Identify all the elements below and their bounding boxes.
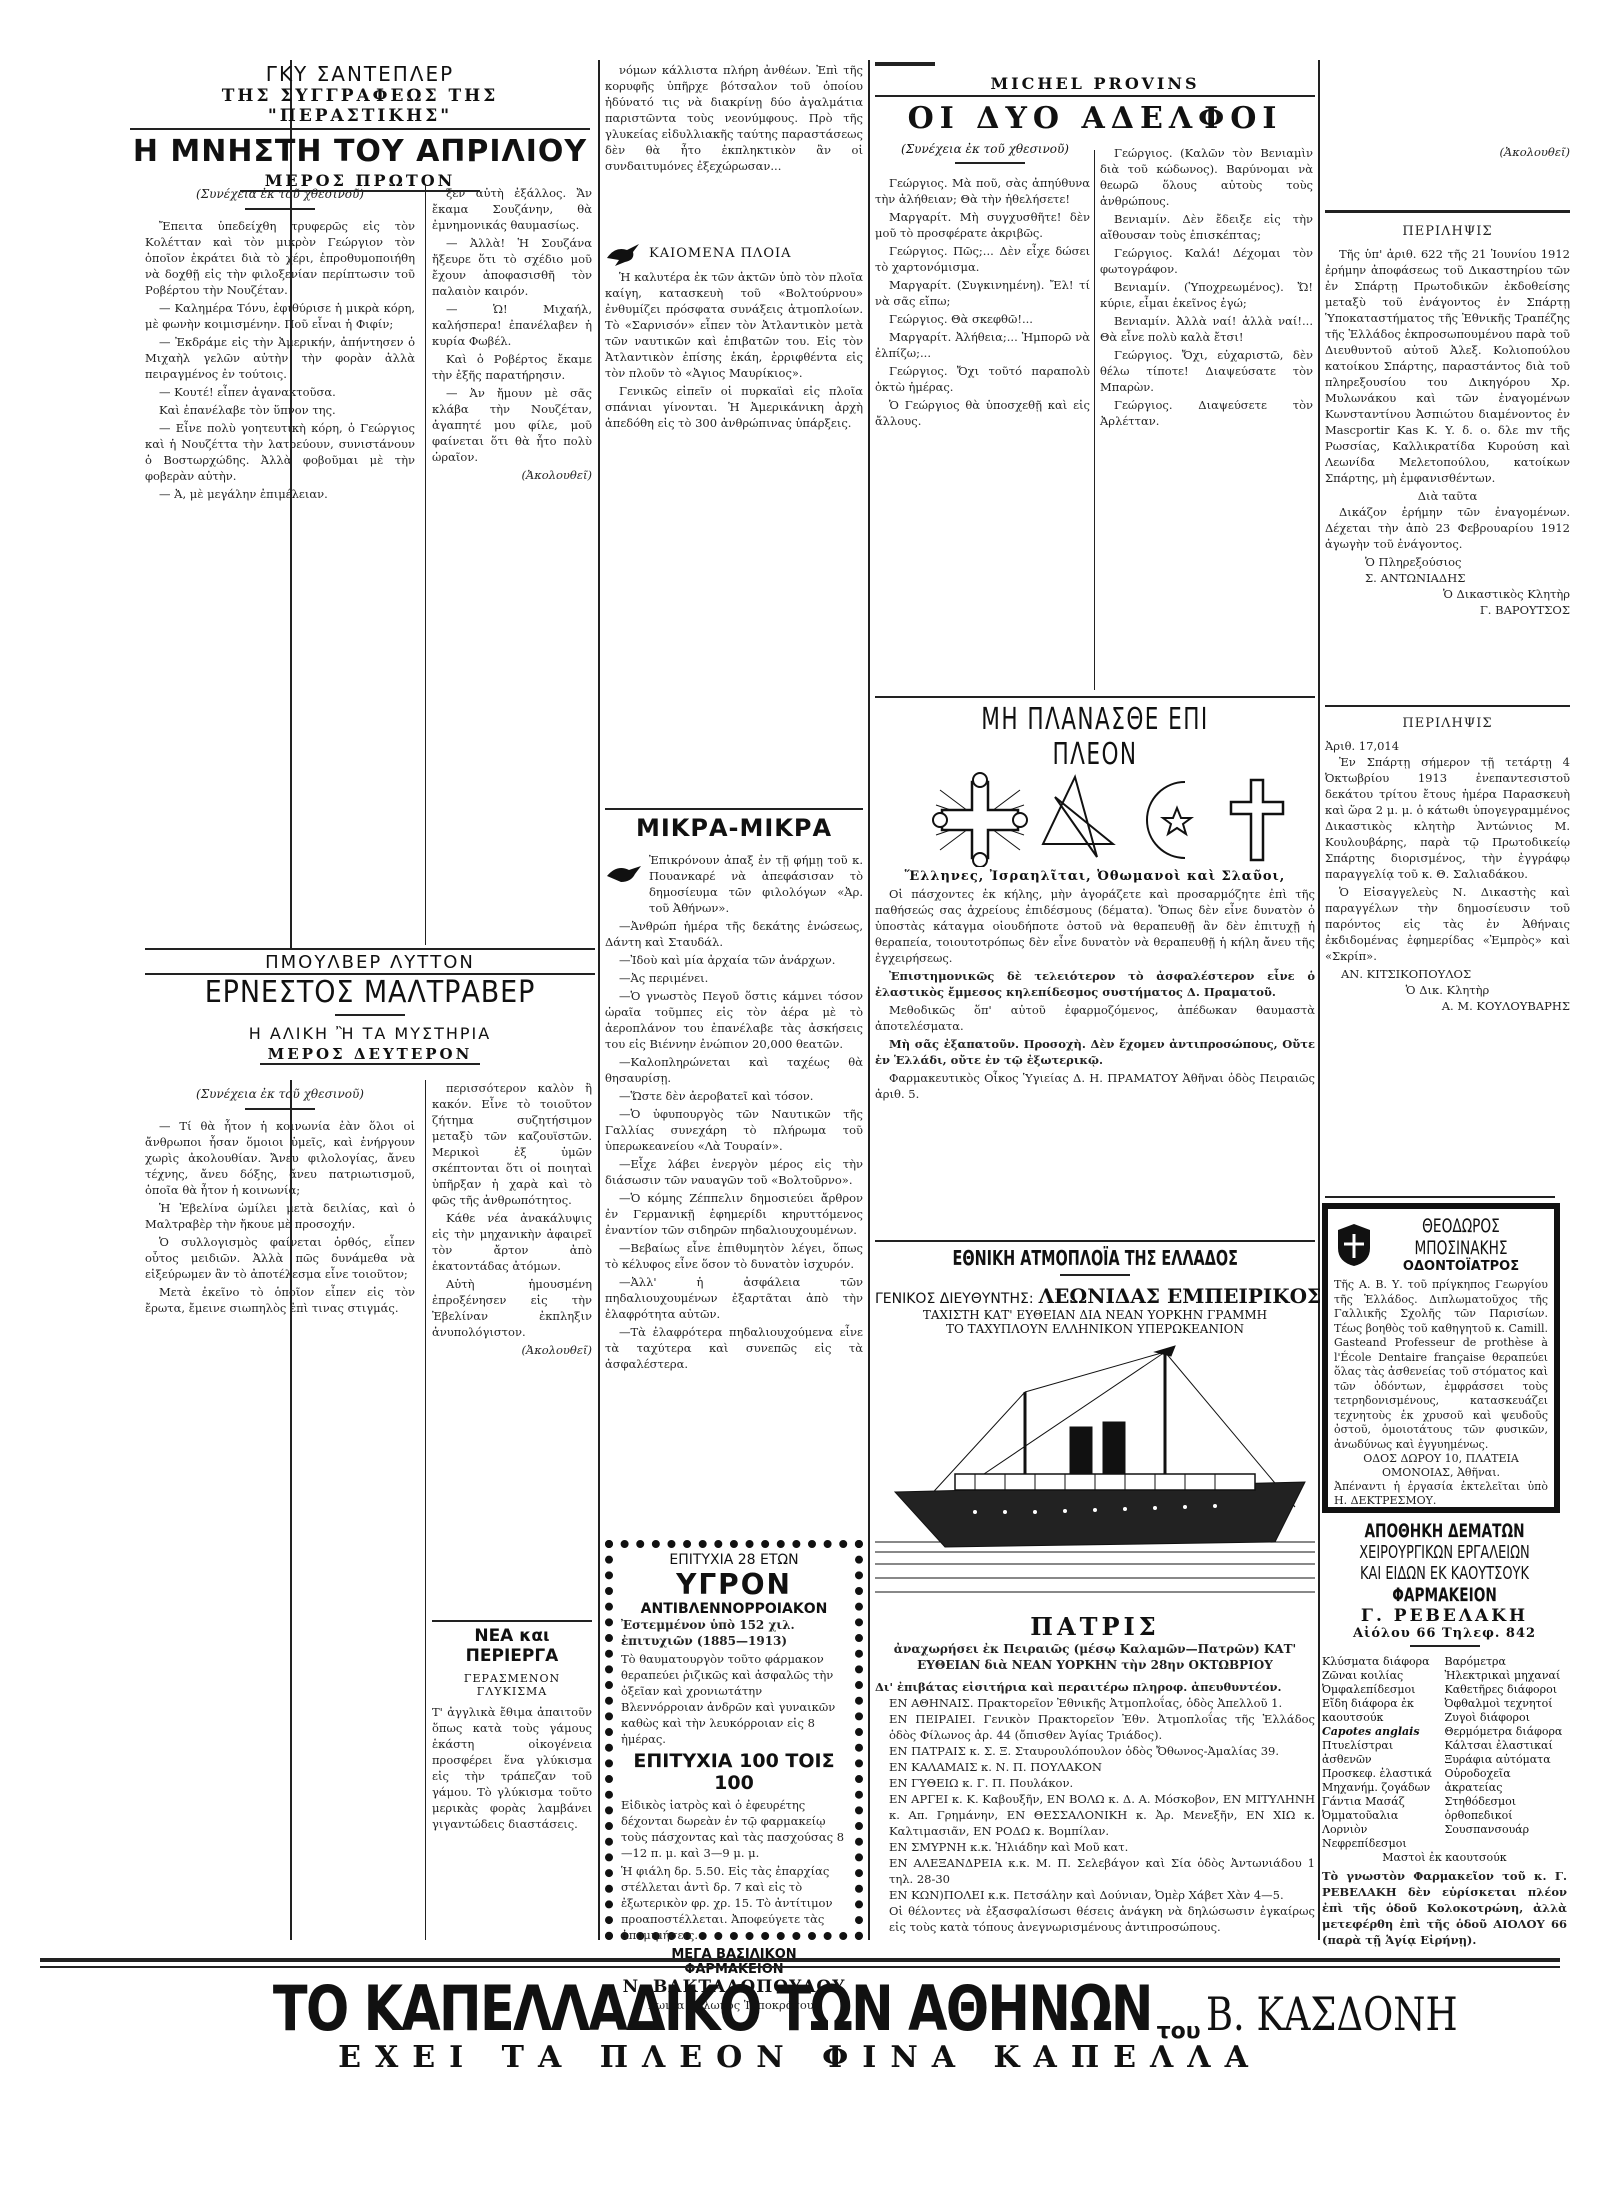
pharmacy-line3: ΚΑΙ ΕΙΔΩΝ ΕΚ ΚΑΟΥΤΣΟΥΚ [1356, 1563, 1532, 1584]
paragraph: — Καλημέρα Τόνυ, ἐφιθύρισε ἡ μικρὰ κόρη,… [145, 300, 415, 332]
list-item: —Ἀς περιμένει. [605, 970, 863, 986]
list-item: —Ὁ γνωστὸς Πεγοῦ ὅστις κάμνει τόσον ὡραῖ… [605, 988, 863, 1052]
dentist-note: Ἀπέναντι ἡ ἐργασία ἐκτελεῖται ὑπὸ Η. ΔΕΚ… [1334, 1480, 1548, 1508]
hygron-name: ΥΓΡΟΝ [621, 1568, 847, 1601]
footer-banner-main: ΤΟ ΚΑΠΕΛΛΑΔΙΚΟ ΤΩΝ ΑΘΗΝΩΝ [273, 1972, 1152, 2045]
item: Γάντια Μασάζ [1322, 1795, 1445, 1809]
footer-rule [40, 1958, 1560, 1962]
list-item: —Ἀνθρώπ ἡμέρα τῆς δεκάτης ἑνώσεως, Δάντη… [605, 918, 863, 950]
paragraph: Ἡ καλυτέρα ἐκ τῶν ἀκτῶν ὑπὸ τὸν πλοῖα κα… [605, 269, 863, 381]
item: Ζῶναι κοιλίας [1322, 1669, 1445, 1683]
serial-2-column-2: περισσότερον καλὸν ἢ κακόν. Εἶνε τὸ τοιο… [432, 1080, 592, 1358]
ship-ad-director-label: ΓΕΝΙΚΟΣ ΔΙΕΥΘΥΝΤΗΣ: [875, 1291, 1034, 1307]
section-divider [1325, 210, 1570, 213]
perilipsis-2: ΠΕΡΙΛΗΨΙΣ Ἀριθ. 17,014 Ἐν Σπάρτῃ σήμερον… [1325, 710, 1570, 1014]
item: Κλύσματα διάφορα [1322, 1655, 1445, 1669]
pharmacy-items-bottom: Μαστοὶ ἐκ καουτσούκ [1322, 1851, 1567, 1864]
religions-ad-title: ΜΗ ΠΛΑΝΑΣΘΕ ΕΠΙ ΠΛΕΟΝ [937, 702, 1254, 772]
nea-perierga-text: Τ' ἀγγλικὰ ἔθιμα ἀπαιτοῦν ὅπως κατὰ τοὺς… [432, 1704, 592, 1832]
section-divider [875, 696, 1315, 698]
pharmacy-line1: ΑΠΟΘΗΚΗ ΔΕΜΑΤΩΝ [1356, 1520, 1532, 1542]
list-item: —Ὥστε δὲν ἀεροβατεῖ καὶ τόσον. [605, 1088, 863, 1104]
dialogue-line: Μαργαρίτ. Ἀλήθεια;... Ἡμπορῶ νὰ ἐλπίζω;.… [875, 329, 1090, 361]
paragraph: νόμων κάλλιστα πλήρη ἀνθέων. Ἐπὶ τῆς κορ… [605, 62, 863, 174]
item: Νεφρεπίδεσμοι [1322, 1837, 1445, 1851]
agent-item: ΕΝ ΑΡΓΕΙ κ. Κ. Καβουξῆν, ΕΝ ΒΟΛΩ κ. Δ. Α… [875, 1791, 1315, 1839]
perilipsis-2-ref: Ἀριθ. 17,014 [1325, 738, 1570, 754]
agent-item: ΕΝ ΚΩΝ)ΠΟΛΕΙ κ.κ. Πετσάλην καὶ Δούνιαν, … [875, 1887, 1315, 1903]
ship-ad-director: ΛΕΩΝΙΔΑΣ ΕΜΠΕΙΡΙΚΟΣ [1039, 1284, 1322, 1308]
short-divider [245, 208, 315, 210]
short-divider [955, 162, 1025, 164]
serial-2-author: ΠΜΟΥΛΒΕΡ ΛΥΤΤΟΝ [145, 952, 595, 975]
serial-1-title: Η ΜΝΗΣΤΗ ΤΟΥ ΑΠΡΙΛΙΟΥ [130, 134, 590, 169]
item: Μηχανήμ. ζογάδων [1322, 1781, 1445, 1795]
column-3-top: νόμων κάλλιστα πλήρη ἀνθέων. Ἐπὶ τῆς κορ… [605, 62, 863, 176]
section-divider [1325, 705, 1570, 707]
list-item: —Καλοπληρώνεται καὶ ταχέως θὰ θησαυρίσῃ. [605, 1054, 863, 1086]
section-divider [875, 62, 935, 66]
pharmacy-items: Κλύσματα διάφορα Ζῶναι κοιλίας Ὀμφαλεπίδ… [1322, 1655, 1567, 1851]
dentist-header: ΘΕΟΔΩΡΟΣ ΜΠΟΣΙΝΑΚΗΣ ΟΔΟΝΤΟΪΑΤΡΟΣ [1334, 1215, 1548, 1274]
agent-item: ΕΝ ΠΕΙΡΑΙΕΙ. Γενικὸν Πρακτορεῖον Ἐθν. Ἀτ… [875, 1711, 1315, 1743]
hygron-ad-content: ΕΠΙΤΥΧΙΑ 28 ΕΤΩΝ ΥΓΡΟΝ ΑΝΤΙΒΛΕΝΝΟΡΡΟΙΑΚΟ… [613, 1548, 855, 2017]
list-item: —Ὁ κόμης Ζέππελιν δημοσιεύει ἄρθρον ἐν Γ… [605, 1190, 863, 1238]
hygron-body2: Εἰδικὸς ἰατρὸς καὶ ὁ ἐφευρέτης δέχονται … [621, 1797, 847, 1861]
paragraph: Μὴ σᾶς ἐξαπατοῦν. Προσοχὴ. Δὲν ἔχομεν ἀν… [875, 1036, 1315, 1068]
hygron-type: ΑΝΤΙΒΛΕΝΝΟΡΡΟΙΑΚΟΝ [621, 1601, 847, 1617]
religions-ad-title-wrap: ΜΗ ΠΛΑΝΑΣΘΕ ΕΠΙ ΠΛΕΟΝ [875, 702, 1315, 772]
short-divider [335, 1014, 405, 1016]
serial-3-title: ΟΙ ΔΥΟ ΑΔΕΛΦΟΙ [875, 101, 1315, 136]
continuation-note: (Συνέχεια ἐκ τοῦ χθεσινοῦ) [145, 1086, 415, 1102]
item: Capotes anglais [1322, 1725, 1445, 1739]
item: Ξυράφια αὐτόματα [1445, 1753, 1568, 1767]
serial-3-inner-rule [1094, 150, 1095, 690]
item: Θερμόμετρα διάφορα [1445, 1725, 1568, 1739]
short-divider [1060, 1274, 1130, 1276]
paragraph: — Κουτέ! εἶπεν ἀγανακτοῦσα. [145, 384, 415, 400]
serial-2-column-1: (Συνέχεια ἐκ τοῦ χθεσινοῦ) — Τί θὰ ἦτον … [145, 1080, 415, 1318]
serial-2-subtitle: Η ΑΛΙΚΗ Ἢ ΤΑ ΜΥΣΤΗΡΙΑ [145, 1024, 595, 1043]
hygron-success-years: ΕΠΙΤΥΧΙΑ 28 ΕΤΩΝ [621, 1552, 847, 1568]
pharmacy-items-left: Κλύσματα διάφορα Ζῶναι κοιλίας Ὀμφαλεπίδ… [1322, 1655, 1445, 1851]
perilipsis-1-dia: Διὰ ταῦτα [1325, 488, 1570, 504]
list-item: —Ἰδοὺ καὶ μία ἀρχαία τῶν ἀνάρχων. [605, 952, 863, 968]
signer: Ὁ Δικ. Κλητὴρ [1325, 982, 1570, 998]
dialogue-line: Ὁ Γεώργιος θὰ ὑποσχεθῇ καὶ εἰς ἄλλους. [875, 397, 1090, 429]
signer-name: ΑΝ. ΚΙΤΣΙΚΟΠΟΥΛΟΣ [1325, 966, 1570, 982]
paragraph: Ἐν Σπάρτῃ σήμερον τῇ τετάρτῃ 4 Ὀκτωβρίου… [1325, 754, 1570, 882]
dialogue-line: Μαργαρίτ. Μὴ συγχυσθῆτε! δὲν μοῦ τὸ προσ… [875, 209, 1090, 241]
ship-ad-company-wrap: ΕΘΝΙΚΗ ΑΤΜΟΠΛΟΪΑ ΤΗΣ ΕΛΛΑΔΟΣ [875, 1246, 1315, 1270]
serial-2-header: ΠΜΟΥΛΒΕΡ ΛΥΤΤΟΝ ΕΡΝΕΣΤΟΣ ΜΑΛΤΡΑΒΕΡ Η ΑΛΙ… [145, 952, 595, 1065]
serial-1-column-2: ξεν αὐτὴ ἐξάλλος. Ἄν ἔκαμα Σουζάνην, θὰ … [432, 185, 592, 483]
dialogue-line: Γεώργιος. (Καλῶν τὸν Βενιαμὶν διὰ τοῦ κώ… [1100, 145, 1313, 209]
bird-icon [605, 860, 645, 888]
agent-item: ΕΝ ΑΛΕΞΑΝΔΡΕΙΑ κ.κ. Μ. Π. Σελεβάγον καὶ … [875, 1855, 1315, 1887]
paragraph: — Ὡ! Μιχαήλ, καλήσπερα! ἐπανέλαβεν ἡ κυρ… [432, 301, 592, 349]
dialogue-line: Βενιαμίν. Δὲν ἔδειξε εἰς τὴν αἴθουσαν το… [1100, 211, 1313, 243]
dentist-ad-content: ΘΕΟΔΩΡΟΣ ΜΠΟΣΙΝΑΚΗΣ ΟΔΟΝΤΟΪΑΤΡΟΣ Τῆς Α. … [1328, 1209, 1554, 1514]
item: Καθετῆρες διάφοροι [1445, 1683, 1568, 1697]
dentist-address: ΟΔΟΣ ΔΩΡΟΥ 10, ΠΛΑΤΕΙΑ ΟΜΟΝΟΙΑΣ, Ἀθῆναι. [1334, 1452, 1548, 1480]
kaiomena-title: ΚΑΙΟΜΕΝΑ ΠΛΟΙΑ [649, 246, 863, 261]
pharmacy-owner: Γ. ΡΕΒΕΛΑΚΗ [1322, 1606, 1567, 1626]
paragraph: περισσότερον καλὸν ἢ κακόν. Εἶνε τὸ τοιο… [432, 1080, 592, 1208]
paragraph: Γενικῶς εἰπεῖν οἱ πυρκαϊαὶ εἰς πλοῖα σπά… [605, 383, 863, 431]
perilipsis-2-title: ΠΕΡΙΛΗΨΙΣ [1325, 716, 1570, 732]
paragraph: Ἐπιστημονικῶς δὲ τελειότερον τὸ ἀσφαλέστ… [875, 968, 1315, 1000]
continuation-note: (Συνέχεια ἐκ τοῦ χθεσινοῦ) [145, 186, 415, 202]
serial-3-column-1: Γεώργιος. Μὰ ποῦ, σὰς ἀπηύθυνα τὴν ἀλήθε… [875, 175, 1090, 431]
short-divider [245, 1108, 315, 1110]
pharmacy-ad: ΑΠΟΘΗΚΗ ΔΕΜΑΤΩΝ ΧΕΙΡΟΥΡΓΙΚΩΝ ΕΡΓΑΛΕΙΩΝ Κ… [1322, 1520, 1567, 1948]
item: Σουσπανσουάρ [1445, 1823, 1568, 1837]
footer-banner: ΤΟ ΚΑΠΕΛΛΑΔΙΚΟ ΤΩΝ ΑΘΗΝΩΝ του Β. ΚΑΣΔΟΝΗ [40, 1972, 1560, 2045]
dentist-titles: ΘΕΟΔΩΡΟΣ ΜΠΟΣΙΝΑΚΗΣ ΟΔΟΝΤΟΪΑΤΡΟΣ [1374, 1215, 1548, 1274]
paragraph: Φαρμακευτικὸς Οἶκος Ὑγιείας Δ. Η. ΠΡΑΜΑΤ… [875, 1070, 1315, 1102]
pharmacy-items-right: Βαρόμετρα Ἠλεκτρικαὶ μηχαναί Καθετῆρες δ… [1445, 1655, 1568, 1851]
item: Εἴδη διάφορα ἐκ καουτσούκ [1322, 1697, 1445, 1725]
ship-ad-director-line: ΓΕΝΙΚΟΣ ΔΙΕΥΘΥΝΤΗΣ: ΛΕΩΝΙΔΑΣ ΕΜΠΕΙΡΙΚΟΣ [875, 1284, 1315, 1308]
bird-icon [605, 240, 645, 268]
dialogue-line: Γεώργιος. Θὰ σκεφθῶ!... [875, 311, 1090, 327]
serial-1-author: ΓΚΥ ΣΑΝΤΕΠΛΕΡ [130, 62, 590, 86]
ship-ad: ΕΘΝΙΚΗ ΑΤΜΟΠΛΟΪΑ ΤΗΣ ΕΛΛΑΔΟΣ ΓΕΝΙΚΟΣ ΔΙΕ… [875, 1246, 1315, 1935]
dentist-name: ΘΕΟΔΩΡΟΣ ΜΠΟΣΙΝΑΚΗΣ [1398, 1215, 1523, 1259]
dialogue-line: Βενιαμίν. Ἀλλὰ ναί! ἀλλὰ ναί!... Θὰ εἶνε… [1100, 313, 1313, 345]
dialogue-line: Γεώργιος. Μὰ ποῦ, σὰς ἀπηύθυνα τὴν ἀλήθε… [875, 175, 1090, 207]
hygron-body: Τὸ θαυματουργὸν τοῦτο φάρμακον θεραπεύει… [621, 1651, 847, 1747]
column-rule [598, 60, 600, 1940]
paragraph: Ὁ Εἰσαγγελεὺς Ν. Δικαστὴς καὶ παραγγέλων… [1325, 884, 1570, 964]
list-item: —Ὁ ὑφυπουργὸς τῶν Ναυτικῶν τῆς Γαλλίας σ… [605, 1106, 863, 1154]
short-divider [1410, 1645, 1480, 1647]
nea-perierga-title: ΝΕΑ και ΠΕΡΙΕΡΓΑ [432, 1626, 592, 1666]
follow-note: (Ἀκολουθεῖ) [1325, 144, 1570, 160]
serial-2-inner-rule [425, 1080, 426, 1940]
item: Στηθόδεσμοι ὀρθοπεδικοί [1445, 1795, 1568, 1823]
agent-item: Οἱ θέλοντες νὰ ἐξασφαλίσωσι θέσεις ἀνάγκ… [875, 1903, 1315, 1935]
serial-2-part: ΜΕΡΟΣ ΔΕΥΤΕΡΟΝ [260, 1045, 480, 1065]
signer: Ὁ Δικαστικὸς Κλητὴρ [1325, 586, 1570, 602]
ship-ad-line1: ΤΑΧΙΣΤΗ ΚΑΤ' ΕΥΘΕΙΑΝ ΔΙΑ ΝΕΑΝ ΥΟΡΚΗΝ ΓΡΑ… [875, 1308, 1315, 1322]
paragraph: — Εἶνε πολὺ γοητευτικὴ κόρη, ὁ Γεώργιος … [145, 420, 415, 484]
religions-ad: ΜΗ ΠΛΑΝΑΣΘΕ ΕΠΙ ΠΛΕΟΝ Ἕλληνες, Ἰσραηλῖτα… [875, 702, 1315, 1104]
signer-name: Γ. ΒΑΡΟΥΤΣΟΣ [1325, 602, 1570, 618]
list-item: —Εἶχε λάβει ἐνεργὸν μέρος εἰς τὴν διάσωσ… [605, 1156, 863, 1188]
dialogue-line: Γεώργιος. Διαψεύσετε τὸν Ἀρλέτταν. [1100, 397, 1313, 429]
nea-perierga-section: ΝΕΑ και ΠΕΡΙΕΡΓΑ ΓΕΡΑΣΜΕΝΟΝ ΓΛΥΚΙΣΜΑ Τ' … [432, 1620, 592, 1832]
agent-item: ΕΝ ΚΑΛΑΜΑΙΣ κ. Ν. Π. ΠΟΥΛΑΚΟΝ [875, 1759, 1315, 1775]
nea-perierga-subhead: ΓΕΡΑΣΜΕΝΟΝ ΓΛΥΚΙΣΜΑ [432, 1672, 592, 1698]
section-divider [432, 1620, 592, 1622]
item: Ὀμματοῦαλια [1322, 1809, 1445, 1823]
paragraph: Ἔπειτα ὑπεδείχθη τρυφερῶς εἰς τὸν Κολέττ… [145, 218, 415, 298]
serial-3-author: MICHEL PROVINS [875, 74, 1315, 97]
ship-ad-line2: ΤΟ ΤΑΧΥΠΛΟΥΝ ΕΛΛΗΝΙΚΟΝ ΥΠΕΡΩΚΕΑΝΙΟΝ [875, 1322, 1315, 1336]
dentist-ad: ΘΕΟΔΩΡΟΣ ΜΠΟΣΙΝΑΚΗΣ ΟΔΟΝΤΟΪΑΤΡΟΣ Τῆς Α. … [1322, 1203, 1560, 1513]
signer-name: Α. Μ. ΚΟΥΛΟΥΒΑΡΗΣ [1325, 998, 1570, 1014]
kaiomena-section: ΚΑΙΟΜΕΝΑ ΠΛΟΙΑ Ἡ καλυτέρα ἐκ τῶν ἀκτῶν ὑ… [605, 240, 863, 433]
agent-item: ΕΝ ΠΑΤΡΑΙΣ κ. Σ. Ξ. Σταυρουλόπουλον ὁδὸς… [875, 1743, 1315, 1759]
hygron-success-percent: ΕΠΙΤΥΧΙΑ 100 ΤΟΙΣ 100 [621, 1750, 847, 1794]
signer: Ὁ Πληρεξούσιος [1325, 554, 1570, 570]
agent-item: ΕΝ ΑΘΗΝΑΙΣ. Πρακτορεῖον Ἐθνικῆς Ἀτμοπλοΐ… [875, 1695, 1315, 1711]
dialogue-line: Γεώργιος. Πῶς;... Δὲν εἶχε δώσει τὸ χαρτ… [875, 243, 1090, 275]
coat-of-arms-icon [1334, 1222, 1374, 1268]
serial-1-header: ΓΚΥ ΣΑΝΤΕΠΛΕΡ ΤΗΣ ΣΥΓΓΡΑΦΕΩΣ ΤΗΣ "ΠΕΡΑΣΤ… [130, 62, 590, 192]
section-divider [605, 808, 863, 810]
paragraph: — Ἀλλὰ! Ἡ Σουζάνα ἤξευρε ὅτι τὸ σχέδιο μ… [432, 235, 592, 299]
hygron-ad: ΕΠΙΤΥΧΙΑ 28 ΕΤΩΝ ΥΓΡΟΝ ΑΝΤΙΒΛΕΝΝΟΡΡΟΙΑΚΟ… [605, 1540, 863, 1940]
serial-1-column-1: (Συνέχεια ἐκ τοῦ χθεσινοῦ) Ἔπειτα ὑπεδεί… [145, 180, 415, 504]
footer-tagline-text: ΕΧΕΙ ΤΑ ΠΛΕΟΝ ΦΙΝΑ ΚΑΠΕΛΛΑ [338, 2040, 1262, 2075]
paragraph: Δικάζον ἐρήμην τῶν ἐναγομένων. Δέχεται τ… [1325, 504, 1570, 552]
paragraph: Οἱ πάσχοντες ἐκ κήλης, μὴν ἀγοράζετε καὶ… [875, 886, 1315, 966]
paragraph: Αὐτὴ ἡμουσμένη ἐπροξένησεν εἰς τὴν Ἐβελί… [432, 1276, 592, 1340]
paragraph: Ὁ συλλογισμὸς φαίνεται ὀρθός, εἶπεν οὗτο… [145, 1234, 415, 1282]
pharmacy-notice: Τὸ γνωστὸν Φαρμακεῖον τοῦ κ. Γ. ΡΕΒΕΛΑΚΗ… [1322, 1868, 1567, 1948]
agent-item: ΕΝ ΣΜΥΡΝΗ κ.κ. Ἡλιάδην καὶ Μοῦ κατ. [875, 1839, 1315, 1855]
religions-ad-greeting: Ἕλληνες, Ἰσραηλῖται, Ὀθωμανοὶ καὶ Σλαῦοι… [875, 869, 1315, 884]
mikra-mikra-list: Ἐπικρόνουν ἀπαξ ἐν τῇ φήμῃ τοῦ κ. Πουανκ… [605, 852, 863, 1372]
follow-note: (Ἀκολουθεῖ) [432, 467, 592, 483]
mikra-mikra-section: ΜΙΚΡΑ-ΜΙΚΡΑ Ἐπικρόνουν ἀπαξ ἐν τῇ φήμῃ τ… [605, 808, 863, 1374]
column-rule [868, 60, 870, 1940]
paragraph: Μεθοδικῶς ὅπ' αὐτοῦ ἐφαρμοζόμενος, ἀπέδω… [875, 1002, 1315, 1034]
list-item: —Τὰ ἐλαφρότερα πηδαλιουχούμενα εἶνε τὰ τ… [605, 1324, 863, 1372]
item: Βαρόμετρα [1445, 1655, 1568, 1669]
serial-2-title: ΕΡΝΕΣΤΟΣ ΜΑΛΤΡΑΒΕΡ [168, 975, 573, 1010]
footer-tagline: ΕΧΕΙ ΤΑ ΠΛΕΟΝ ΦΙΝΑ ΚΑΠΕΛΛΑ [40, 2040, 1560, 2075]
item: Ἠλεκτρικαὶ μηχαναί [1445, 1669, 1568, 1683]
signer-name: Σ. ΑΝΤΩΝΙΑΔΗΣ [1325, 570, 1570, 586]
steamship-icon [875, 1342, 1315, 1612]
ship-info-head: Δι' ἐπιβάτας εἰσιτήρια καὶ περαιτέρω πλη… [875, 1679, 1315, 1695]
perilipsis-1-title: ΠΕΡΙΛΗΨΙΣ [1325, 224, 1570, 240]
item: Ὀμφαλεπίδεσμοι [1322, 1683, 1445, 1697]
paragraph: Κάθε νέα ἀνακάλυψις εἰς τὴν μηχανικὴν ἀφ… [432, 1210, 592, 1274]
section-divider [1325, 1196, 1555, 1198]
section-divider [875, 1240, 1315, 1242]
agent-item: ΕΝ ΓΥΘΕΙΩ κ. Γ. Π. Πουλάκον. [875, 1775, 1315, 1791]
item: Λορνιὸν [1322, 1823, 1445, 1837]
paragraph: ξεν αὐτὴ ἐξάλλος. Ἄν ἔκαμα Σουζάνην, θὰ … [432, 185, 592, 233]
continuation-note: (Συνέχεια ἐκ τοῦ χθεσινοῦ) [875, 142, 1095, 156]
paragraph: Καὶ ἐπανέλαβε τὸν ὕπνον της. [145, 402, 415, 418]
section-divider [145, 948, 595, 950]
paragraph: — Ἀ, μὲ μεγάλην ἐπιμέλειαν. [145, 486, 415, 502]
item: Οὐροδοχεῖα ἀκρατείας [1445, 1767, 1568, 1795]
list-item: —Ἀλλ' ἡ ἀσφάλεια τῶν πηδαλιουχουμένων ἐξ… [605, 1274, 863, 1322]
footer-banner-owner: Β. ΚΑΣΔΟΝΗ [1206, 1987, 1458, 2041]
ship-agents-list: ΕΝ ΑΘΗΝΑΙΣ. Πρακτορεῖον Ἐθνικῆς Ἀτμοπλοΐ… [875, 1695, 1315, 1935]
ship-ad-company: ΕΘΝΙΚΗ ΑΤΜΟΠΛΟΪΑ ΤΗΣ ΕΛΛΑΔΟΣ [952, 1246, 1237, 1270]
paragraph: Ἡ Ἐβελίνα ὡμίλει μετὰ δειλίας, καὶ ὁ Μαλ… [145, 1200, 415, 1232]
column-5-serial-end: (Ἀκολουθεῖ) [1325, 60, 1570, 160]
item: Πτυελίστραι ἀσθενῶν [1322, 1739, 1445, 1767]
item: Κάλτσαι ἐλαστικαί [1445, 1739, 1568, 1753]
column-rule [1318, 60, 1320, 1940]
religions-ad-body: Οἱ πάσχοντες ἐκ κήλης, μὴν ἀγοράζετε καὶ… [875, 886, 1315, 1102]
ship-departure: ἀναχωρήσει ἐκ Πειραιῶς (μέσῳ Καλαμῶν—Πατ… [875, 1641, 1315, 1673]
dentist-title: ΟΔΟΝΤΟΪΑΤΡΟΣ [1374, 1259, 1548, 1274]
serial-3-column-2: Γεώργιος. (Καλῶν τὸν Βενιαμὶν διὰ τοῦ κώ… [1100, 145, 1313, 431]
paragraph: — Ἀν ἤμουν μὲ σᾶς κλάβα τὴν Νουζέταν, ἀγ… [432, 385, 592, 465]
serial-1-byline: ΤΗΣ ΣΥΓΓΡΑΦΕΩΣ ΤΗΣ "ΠΕΡΑΣΤΙΚΗΣ" [130, 86, 590, 130]
dentist-body: Τῆς Α. Β. Υ. τοῦ πρίγκηπος Γεωργίου τῆς … [1334, 1278, 1548, 1452]
dialogue-line: Γεώργιος. Καλά! Δέχομαι τὸν φωτογράφον. [1100, 245, 1313, 277]
pharmacy-line2: ΧΕΙΡΟΥΡΓΙΚΩΝ ΕΡΓΑΛΕΙΩΝ [1356, 1542, 1532, 1563]
hygron-crowned: Ἐστεμμένον ὑπὸ 152 χιλ. ἐπιτυχιῶν (1885—… [621, 1617, 847, 1649]
item: Ὀφθαλμοὶ τεχνητοί [1445, 1697, 1568, 1711]
hygron-price: Ἡ φιάλη δρ. 5.50. Εἰς τὰς ἐπαρχίας στέλλ… [621, 1863, 847, 1943]
dialogue-line: Μαργαρίτ. (Συγκινημένη). Ἔλ! τί νὰ σᾶς ε… [875, 277, 1090, 309]
paragraph: Καὶ ὁ Ροβέρτος ἔκαμε τὴν ἑξῆς παρατήρησι… [432, 351, 592, 383]
pharmacy-address: Αἰόλου 66 Τηλεφ. 842 [1322, 1626, 1567, 1641]
paragraph: Μετὰ ἐκεῖνο τὸ ὁποῖον εἶπεν εἰς τὸν ἔρωτ… [145, 1284, 415, 1316]
paragraph: — Ἐκδράμε εἰς τὴν Ἀμερικήν, ἀπήντησεν ὁ … [145, 334, 415, 382]
item: Ζυγοὶ διάφοροι [1445, 1711, 1568, 1725]
pharmacy-line4: ΦΑΡΜΑΚΕΙΟΝ [1356, 1584, 1532, 1606]
item: Προσκεφ. ἐλαστικά [1322, 1767, 1445, 1781]
follow-note: (Ἀκολουθεῖ) [432, 1342, 592, 1358]
paragraph: — Τί θὰ ἦτον ἡ κοινωνία ἐὰν ὅλοι οἱ ἄνθρ… [145, 1118, 415, 1198]
serial-1-inner-rule [425, 185, 426, 945]
list-item: —Βεβαίως εἶνε ἐπιθυμητὸν λέγει, ὅπως τὸ … [605, 1240, 863, 1272]
dialogue-line: Γεώργιος. Ὄχι, εὐχαριστῶ, δὲν θέλω τίποτ… [1100, 347, 1313, 395]
ship-name: ΠΑΤΡΙΣ [875, 1612, 1315, 1641]
dialogue-line: Βενιαμίν. (Ὑποχρεωμένος). Ὤ! κύριε, εἶμα… [1100, 279, 1313, 311]
kaiomena-text: Ἡ καλυτέρα ἐκ τῶν ἀκτῶν ὑπὸ τὸν πλοῖα κα… [605, 269, 863, 431]
religious-symbols-icon [875, 772, 1315, 867]
perilipsis-1: ΠΕΡΙΛΗΨΙΣ Τῆς ὑπ' ἀριθ. 622 τῆς 21 Ἰουνί… [1325, 218, 1570, 618]
footer-rule [40, 1966, 1560, 1968]
list-item: Ἐπικρόνουν ἀπαξ ἐν τῇ φήμῃ τοῦ κ. Πουανκ… [649, 852, 863, 916]
paragraph: Τῆς ὑπ' ἀριθ. 622 τῆς 21 Ἰουνίου 1912 ἐρ… [1325, 246, 1570, 486]
mikra-mikra-title: ΜΙΚΡΑ-ΜΙΚΡΑ [605, 814, 863, 842]
dialogue-line: Γεώργιος. Ὄχι τοῦτό παραπολὺ ὀκτὼ ἡμέρας… [875, 363, 1090, 395]
